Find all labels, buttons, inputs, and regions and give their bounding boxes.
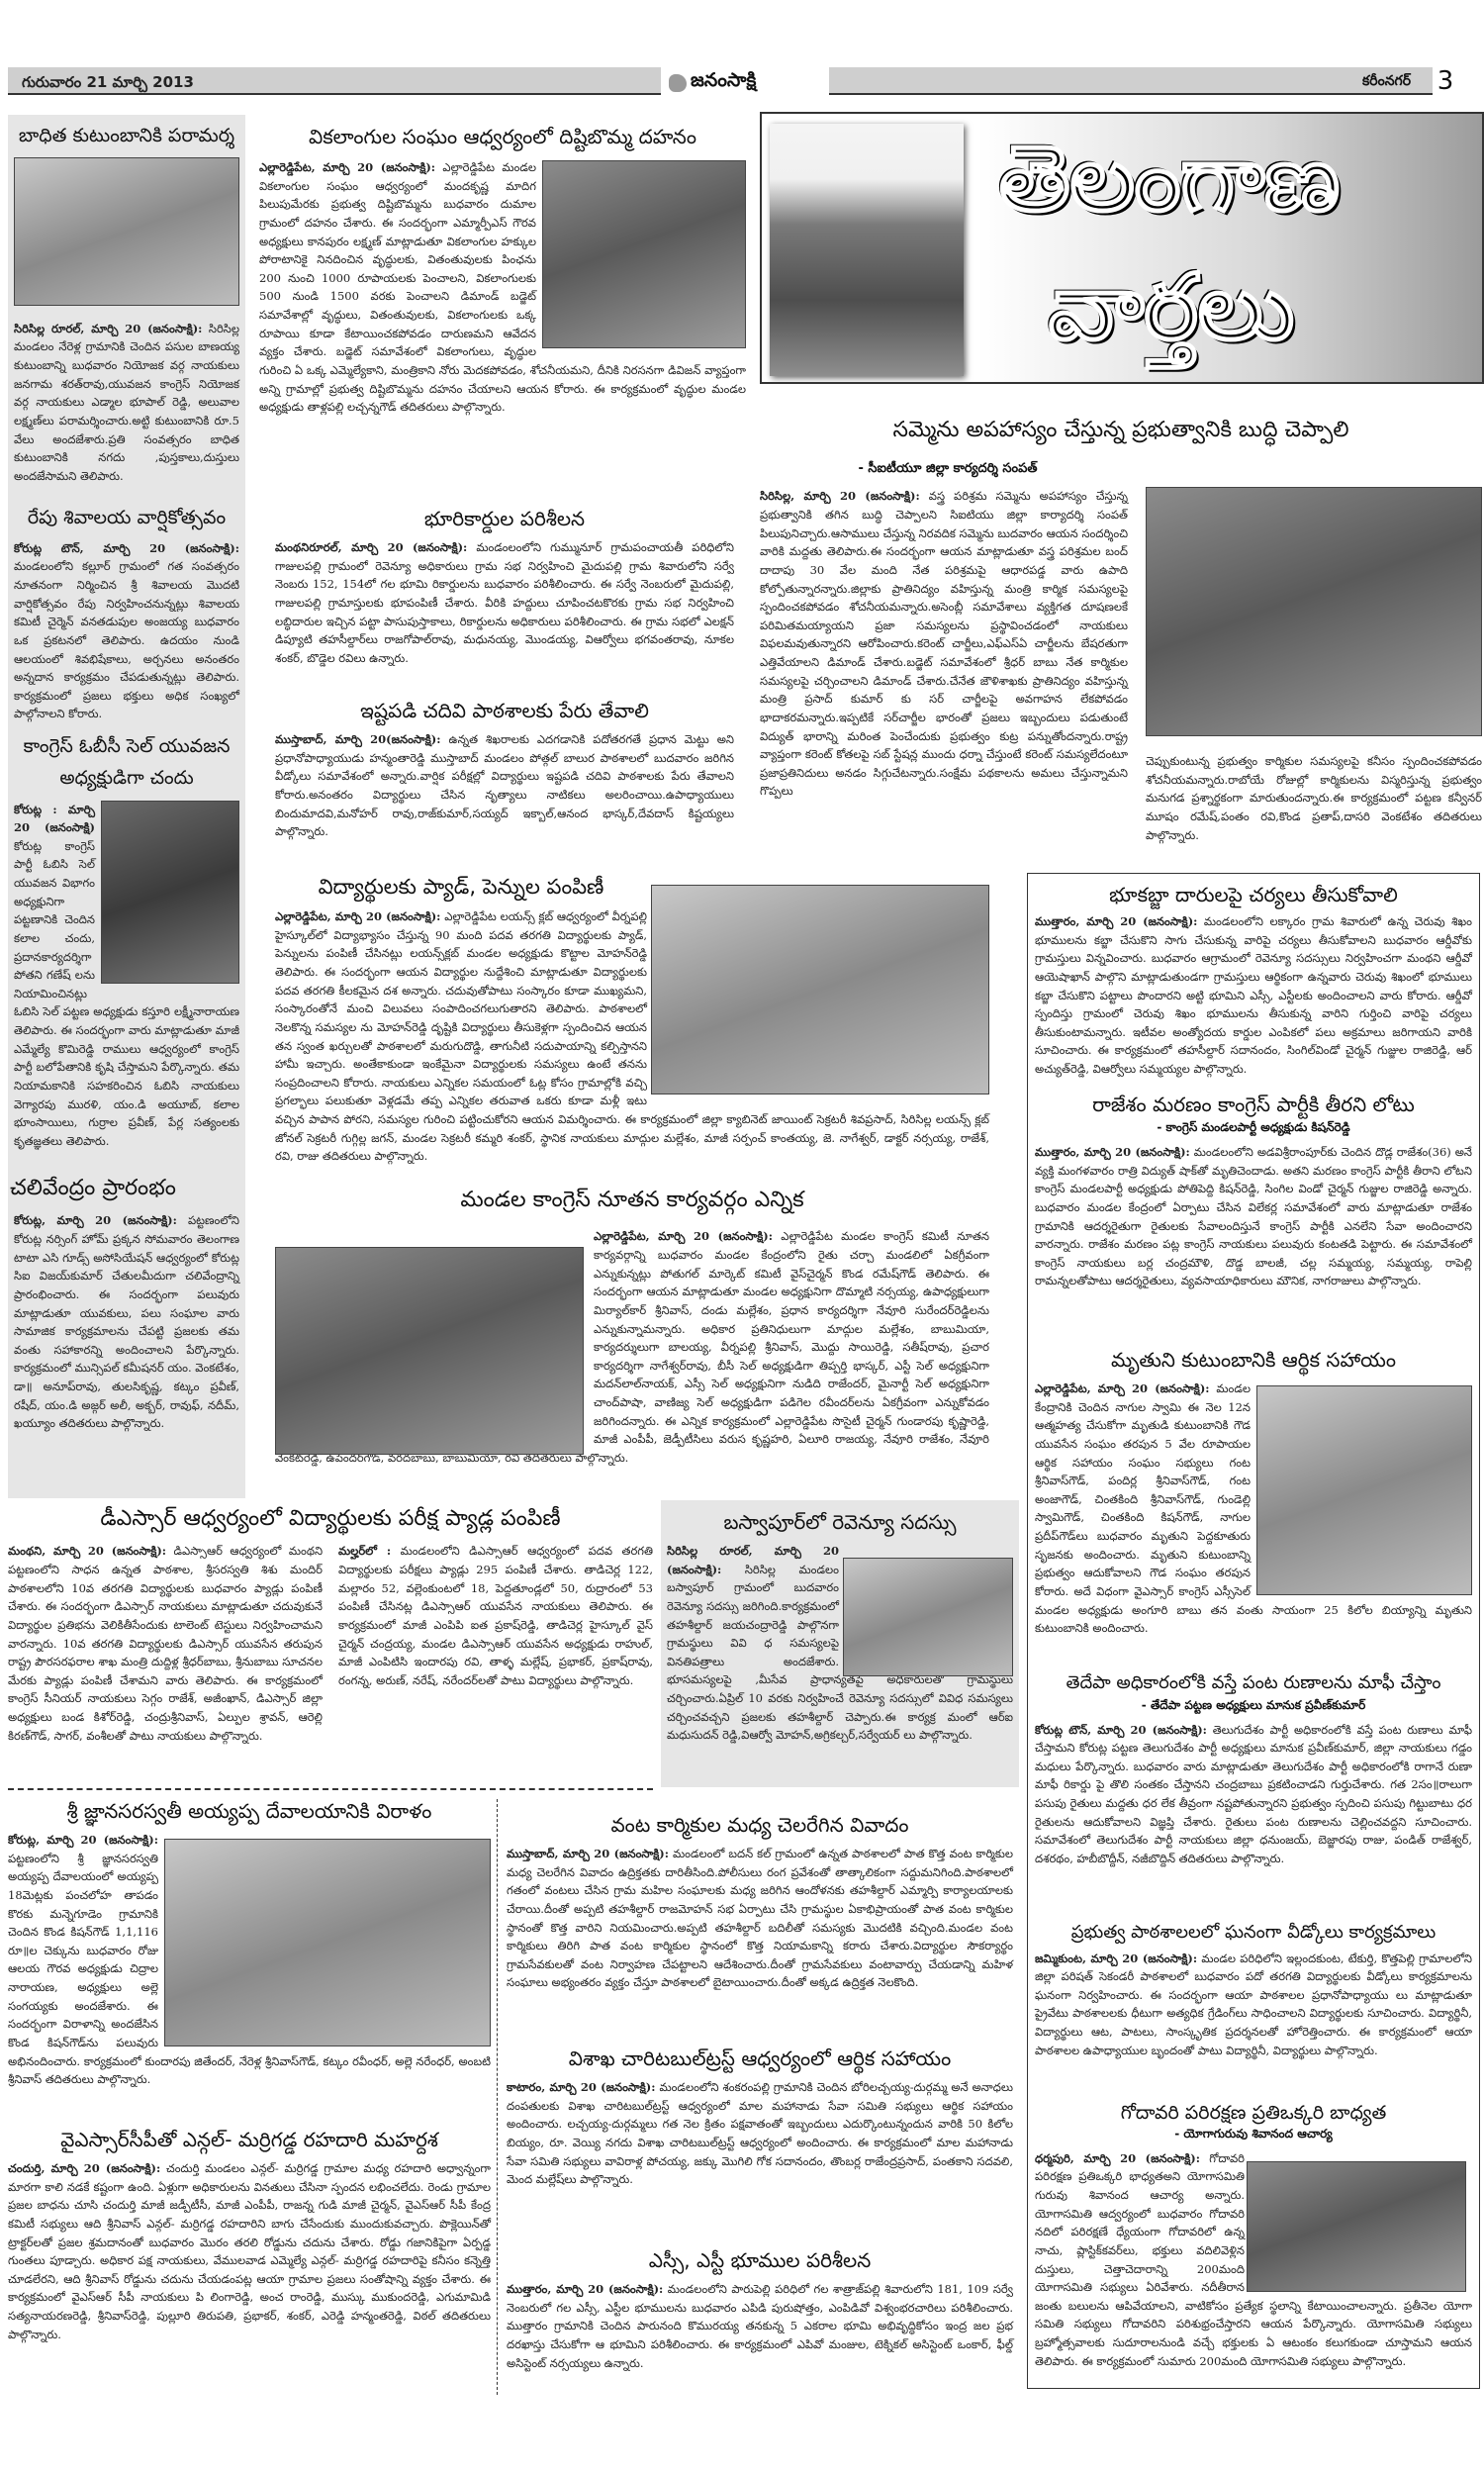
subhead: - యోగాగురువు శివానంద ఆచార్య bbox=[1035, 2127, 1472, 2143]
banner-title-line2: వార్తలు bbox=[1049, 262, 1294, 353]
article-body: కోరుట్ల, మార్చి 20 (జనంసాక్షి): పట్టణంలో… bbox=[10, 1211, 243, 1433]
group-photo bbox=[275, 1247, 584, 1455]
headline: ఇష్టపడి చదివి పాఠశాలకు పేరు తేవాలి bbox=[275, 699, 734, 722]
banner-title-line1: తెలంగాణ bbox=[999, 134, 1340, 225]
article-badhita: బాధిత కుటుంబానికి పరామర్శ సిరిసిల్ల రూరల… bbox=[10, 125, 243, 485]
article-body: ముత్తారం, మార్చి 20 (జనంసాక్షి): మండలంలో… bbox=[1035, 912, 1472, 1079]
headline: వంట కార్మికుల మధ్య చెలరేగిన వివాదం bbox=[507, 1813, 1013, 1837]
headline: మృతుని కుటుంబానికి ఆర్థిక సహాయం bbox=[1035, 1348, 1472, 1372]
article-body: ముత్తారం, మార్చి 20 (జనంసాక్షి): మండలంలో… bbox=[507, 2280, 1013, 2372]
dashed-divider-vertical bbox=[497, 2128, 498, 2395]
article-body: సిరిసిల్ల రూరల్, మార్చి 20 (జనంసాక్షి): … bbox=[10, 320, 243, 486]
aid-handover-photo bbox=[1256, 1385, 1472, 1595]
headline: బాధిత కుటుంబానికి పరామర్శ bbox=[10, 125, 243, 147]
article-veedkolu: ప్రభుత్వ పాఠశాలలలో ఘనంగా వీడ్కోలు కార్యక… bbox=[1035, 1922, 1472, 2059]
article-chalivendram: చలివేంద్రం ప్రారంభం కోరుట్ల, మార్చి 20 (… bbox=[10, 1176, 243, 1433]
article-pads-pens: విద్యార్థులకు ప్యాడ్, పెన్నుల పంపిణీ ఎల్… bbox=[275, 875, 989, 1166]
headline: బస్వాపూర్‌లో రెవెన్యూ సదస్సు bbox=[661, 1510, 1019, 1534]
headline: శ్రీ జ్ఞానసరస్వతీ అయ్యప్ప దేవాలయానికి వి… bbox=[8, 1799, 491, 1823]
headline: విశాఖ చారిటబుల్‌ట్రస్ట్ ఆధ్వర్యంలో ఆర్థి… bbox=[507, 2046, 1013, 2070]
headline: సమ్మెను అపహాస్యం చేస్తున్న ప్రభుత్వానికి… bbox=[760, 418, 1482, 443]
headline: వికలాంగుల సంఘం ఆధ్వర్యంలో దిష్టిబొమ్మ దహ… bbox=[259, 125, 746, 148]
revenue-meeting-photo bbox=[843, 1558, 1013, 1676]
protest-sit-in-photo bbox=[1146, 487, 1482, 736]
article-vishakha: విశాఖ చారిటబుల్‌ట్రస్ట్ ఆధ్వర్యంలో ఆర్థి… bbox=[507, 2046, 1013, 2189]
masthead-right-bar: కరీంనగర్ 3 bbox=[829, 67, 1458, 95]
article-tdp: తెదేపా అధికారంలోకి వస్తే పంట రుణాలను మాఫ… bbox=[1035, 1672, 1472, 1868]
family-visit-photo bbox=[14, 157, 239, 306]
newspaper-logo: జనంసాక్షి bbox=[669, 69, 756, 96]
article-body: మంథనిరూరల్, మార్చి 20 (జనంసాక్షి): మండంల… bbox=[275, 538, 734, 667]
headline: మండల కాంగ్రెస్ నూతన కార్యవర్గం ఎన్నిక bbox=[275, 1188, 989, 1213]
article-body: కోరుట్ల టౌన్, మార్చి 20 (జనంసాక్షి): మండ… bbox=[10, 539, 243, 723]
subhead: - కాంగ్రెస్ మండలపార్టీ అధ్యక్షుడు కిషన్‌… bbox=[1035, 1120, 1472, 1137]
headline: డీఎస్సార్ ఆధ్వర్యంలో విద్యార్థులకు పరీక్… bbox=[8, 1506, 653, 1532]
article-ayyappa: శ్రీ జ్ఞానసరస్వతీ అయ్యప్ప దేవాలయానికి వి… bbox=[8, 1799, 491, 2089]
logo-text: జనంసాక్షి bbox=[691, 69, 756, 96]
article-vikalangula: వికలాంగుల సంఘం ఆధ్వర్యంలో దిష్టిబొమ్మ దహ… bbox=[259, 125, 746, 417]
article-ishtapadi: ఇష్టపడి చదివి పాఠశాలకు పేరు తేవాలి ముస్త… bbox=[275, 699, 734, 841]
headline: గోదావరి పరిరక్షణ ప్రతిఒక్కరి బాధ్యత bbox=[1035, 2102, 1472, 2125]
subhead: - తేదేపా పట్టణ అధ్యక్షులు మానుక ప్రవీణ్‌… bbox=[1035, 1698, 1472, 1715]
masthead-date: గురువారం 21 మార్చి 2013 bbox=[22, 73, 194, 95]
headline: భూకబ్జా దారులపై చర్యలు తీసుకోవాలి bbox=[1035, 883, 1472, 906]
article-vanta: వంట కార్మికుల మధ్య చెలరేగిన వివాదం ముస్త… bbox=[507, 1813, 1013, 1992]
dashed-divider-vertical bbox=[497, 1799, 498, 2126]
headline: విద్యార్థులకు ప్యాడ్, పెన్నుల పంపిణీ bbox=[275, 875, 647, 900]
article-body-col1: మంథని, మార్చి 20 (జనంసాక్షి): డిఎస్సాఆర్… bbox=[8, 1542, 323, 1745]
article-ysrcp-road: వైఎస్సార్‌సీపీతో ఎన్గల్- మర్రిగడ్డ రహదార… bbox=[8, 2128, 491, 2343]
telangana-news-banner: తెలంగాణ వార్తలు bbox=[760, 112, 1484, 384]
headline: ప్రభుత్వ పాఠశాలలలో ఘనంగా వీడ్కోలు కార్యక… bbox=[1035, 1922, 1472, 1944]
article-body: చందుర్తి, మార్చి 20 (జనంసాక్షి): చందుర్త… bbox=[8, 2159, 491, 2343]
masthead: గురువారం 21 మార్చి 2013 జనంసాక్షి కరీంనగ… bbox=[8, 67, 1476, 97]
telangana-map-icon bbox=[669, 74, 687, 92]
article-mandala-congress: మండల కాంగ్రెస్ నూతన కార్యవర్గం ఎన్నిక ఎల… bbox=[275, 1188, 989, 1468]
masthead-left-bar: గురువారం 21 మార్చి 2013 bbox=[8, 67, 661, 95]
effigy-burning-photo bbox=[542, 160, 746, 348]
article-body: ముస్తాబాద్, మార్చి 20(జనంసాక్షి): ఉన్నత … bbox=[275, 730, 734, 841]
article-dsr: డీఎస్సార్ ఆధ్వర్యంలో విద్యార్థులకు పరీక్… bbox=[8, 1506, 653, 1745]
article-sammenu: సమ్మెను అపహాస్యం చేస్తున్న ప్రభుత్వానికి… bbox=[760, 418, 1482, 801]
pad-distribution-photo bbox=[651, 885, 989, 1094]
article-body: కోరుట్ల టౌన్, మార్చి 20 (జనంసాక్షి): తెల… bbox=[1035, 1721, 1472, 1868]
temple-donation-photo bbox=[164, 1839, 491, 2046]
subhead: - సీఐటీయూ జిల్లా కార్యదర్శి సంపత్ bbox=[760, 461, 1136, 479]
river-cleanup-photo bbox=[1247, 2161, 1466, 2292]
article-congress-obc: కాంగ్రెస్ ఓబీసీ సెల్ యువజన అధ్యక్షుడిగా … bbox=[10, 730, 243, 1150]
headline: ఎస్సీ, ఎస్టీ భూముల పరిశీలన bbox=[507, 2248, 1013, 2272]
article-body: జమ్మికుంట, మార్చి 20 (జనంసాక్షి): మండల ప… bbox=[1035, 1950, 1472, 2060]
article-body-col2: మల్హర్‌లో : మండలంలోని డిఎస్సాఆర్ ఆధ్వర్య… bbox=[338, 1542, 653, 1745]
article-body-continued: చెప్పుకుంటున్న ప్రభుత్వం కార్మికుల సమస్య… bbox=[1146, 752, 1482, 844]
golconda-fort-photo bbox=[770, 124, 964, 376]
article-body: సిరిసిల్ల, మార్చి 20 (జనంసాక్షి): వస్త్ర… bbox=[760, 487, 1128, 801]
headline: వైఎస్సార్‌సీపీతో ఎన్గల్- మర్రిగడ్డ రహదార… bbox=[8, 2128, 491, 2151]
article-godavari: గోదావరి పరిరక్షణ ప్రతిఒక్కరి బాధ్యత - యో… bbox=[1035, 2102, 1472, 2370]
headline: చలివేంద్రం ప్రారంభం bbox=[10, 1176, 243, 1201]
article-sc-st: ఎస్సీ, ఎస్టీ భూముల పరిశీలన ముత్తారం, మార… bbox=[507, 2248, 1013, 2372]
edition-city: కరీంనగర్ bbox=[1362, 73, 1411, 92]
article-bhurikardula: భూరికార్డుల పరిశీలన మంథనిరూరల్, మార్చి 2… bbox=[275, 507, 734, 667]
article-shivalaya: రేపు శివాలయ వార్షికోత్సవం కోరుట్ల టౌన్, … bbox=[10, 507, 243, 723]
headline: కాంగ్రెస్ ఓబీసీ సెల్ యువజన అధ్యక్షుడిగా … bbox=[10, 730, 243, 795]
headline: భూరికార్డుల పరిశీలన bbox=[275, 507, 734, 530]
headline: రేపు శివాలయ వార్షికోత్సవం bbox=[10, 507, 243, 529]
article-bhukabja: భూకబ్జా దారులపై చర్యలు తీసుకోవాలి ముత్తా… bbox=[1035, 883, 1472, 1079]
article-basvapur: బస్వాపూర్‌లో రెవెన్యూ సదస్సు సిరిసిల్ల ర… bbox=[661, 1500, 1019, 1787]
dashed-divider bbox=[8, 1788, 653, 1790]
page-number: 3 bbox=[1433, 65, 1458, 97]
article-mrutuni: మృతుని కుటుంబానికి ఆర్థిక సహాయం ఎల్లారెడ… bbox=[1035, 1348, 1472, 1638]
portrait-photo bbox=[101, 801, 239, 984]
article-rajesham: రాజేశం మరణం కాంగ్రెస్ పార్టీకి తీరని లోట… bbox=[1035, 1093, 1472, 1290]
headline: రాజేశం మరణం కాంగ్రెస్ పార్టీకి తీరని లోట… bbox=[1035, 1093, 1472, 1116]
headline: తెదేపా అధికారంలోకి వస్తే పంట రుణాలను మాఫ… bbox=[1035, 1672, 1472, 1694]
article-body: ముస్తాబాద్, మార్చి 20 (జనంసాక్షి): మండలం… bbox=[507, 1845, 1013, 1992]
article-body: ముత్తారం, మార్చి 20 (జనంసాక్షి): మండలంలో… bbox=[1035, 1143, 1472, 1290]
article-body: కాటారం, మార్చి 20 (జనంసాక్షి): మండలంలోని… bbox=[507, 2078, 1013, 2189]
